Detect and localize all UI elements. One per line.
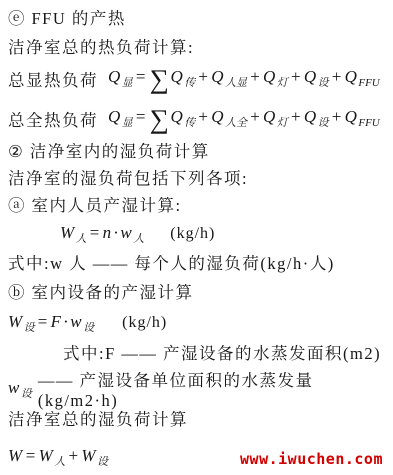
term-subscript: 设 [318, 77, 329, 89]
formula-lhs: W [8, 312, 23, 331]
equals-operator: = [89, 223, 101, 242]
total-moisture-formula-row: W=W人+W设 www.iwuchen.com [8, 436, 387, 468]
equals-operator: = [135, 107, 147, 126]
term-subscript: FFU [358, 77, 379, 89]
total-moisture-formula: W=W人+W设 [8, 446, 108, 468]
term-subscript: 设 [83, 322, 94, 334]
term-subscript: 设 [21, 388, 32, 400]
formula-term: Q [304, 107, 317, 126]
plus-operator: + [290, 67, 302, 86]
watermark: www.iwuchen.com [240, 450, 383, 468]
item-marker-e: ⓔ [8, 9, 25, 28]
heat-total-title: 洁净室总的热负荷计算: [8, 37, 387, 59]
term-subscript: 传 [184, 77, 195, 89]
term-subscript: 灯 [277, 117, 288, 129]
plus-operator: + [197, 107, 209, 126]
item-marker-a: ⓐ [8, 196, 25, 215]
unit-kg-h: (kg/h) [122, 314, 167, 332]
moisture-includes-line: 洁净室的湿负荷包括下列各项: [8, 168, 387, 190]
equipment-w-note-text: —— 产湿设备单位面积的水蒸发量(kg/m2·h) [38, 367, 387, 411]
item-marker-b: ⓑ [8, 283, 25, 302]
heat-ffu-item: ⓔFFU 的产热 [8, 8, 387, 30]
term-subscript: 显 [122, 77, 133, 89]
term-subscript: 人 [54, 456, 65, 468]
formula-term: Q [211, 67, 224, 86]
sigma-symbol: ∑ [150, 104, 170, 134]
formula-lhs: Q [108, 107, 121, 126]
term-subscript: 灯 [277, 77, 288, 89]
equipment-moisture-formula: W设=F·w设 [8, 312, 94, 334]
term-subscript: 设 [24, 322, 35, 334]
formula-term: Q [304, 67, 317, 86]
unit-kg-h: (kg/h) [170, 225, 215, 243]
sensible-heat-formula: Q显=∑Q传+Q人显+Q灯+Q设+QFFU [108, 66, 380, 93]
dot-operator: · [64, 312, 69, 331]
plus-operator: + [331, 107, 343, 126]
plus-operator: + [331, 67, 343, 86]
formula-term: Q [263, 67, 276, 86]
formula-term: W [81, 446, 96, 465]
total-heat-label: 总全热负荷 [8, 107, 98, 131]
term-subscript: 显 [122, 117, 133, 129]
formula-lhs: W [8, 446, 23, 465]
plus-operator: + [67, 446, 79, 465]
formula-term: Q [171, 107, 184, 126]
total-heat-row: 总全热负荷 Q显=∑Q传+Q人全+Q灯+Q设+QFFU [8, 99, 387, 139]
formula-term: Q [345, 67, 358, 86]
plus-operator: + [197, 67, 209, 86]
people-moisture-heading: ⓐ室内人员产湿计算: [8, 195, 387, 217]
item-marker-2: ② [8, 142, 23, 161]
formula-term: w [8, 378, 20, 397]
equipment-w-note: w设 —— 产湿设备单位面积的水蒸发量(kg/m2·h) [8, 376, 387, 402]
equipment-moisture-formula-row: W设=F·w设 (kg/h) [8, 308, 387, 338]
heat-ffu-label: FFU 的产热 [32, 9, 126, 28]
sensible-heat-row: 总显热负荷 Q显=∑Q传+Q人显+Q灯+Q设+QFFU [8, 59, 387, 99]
moisture-total-title: 洁净室总的湿负荷计算 [8, 409, 387, 431]
term-subscript: FFU [358, 117, 379, 129]
formula-term: F [51, 312, 62, 331]
term-subscript: 人 [76, 233, 87, 245]
dot-operator: · [114, 223, 119, 242]
equipment-moisture-heading: ⓑ室内设备的产湿计算 [8, 282, 387, 304]
formula-term: Q [263, 107, 276, 126]
equals-operator: = [37, 312, 49, 331]
formula-lhs: W [60, 223, 75, 242]
equals-operator: = [135, 67, 147, 86]
equipment-area-note: 式中:F —— 产湿设备的水蒸发面积(m2) [63, 343, 387, 365]
people-moisture-title: 室内人员产湿计算: [32, 196, 182, 215]
equipment-moisture-title: 室内设备的产湿计算 [32, 283, 194, 302]
term-subscript: 设 [97, 456, 108, 468]
sensible-heat-label: 总显热负荷 [8, 67, 98, 91]
moisture-section-heading: ②洁净室内的湿负荷计算 [8, 141, 387, 163]
term-subscript: 人显 [225, 77, 247, 89]
term-subscript: 人全 [225, 117, 247, 129]
formula-lhs: Q [108, 67, 121, 86]
sigma-symbol: ∑ [150, 64, 170, 94]
formula-term: w [120, 223, 132, 242]
formula-term: n [103, 223, 112, 242]
formula-term: Q [171, 67, 184, 86]
plus-operator: + [290, 107, 302, 126]
people-moisture-formula: W人=n·w人 [60, 223, 144, 245]
document-page: ⓔFFU 的产热 洁净室总的热负荷计算: 总显热负荷 Q显=∑Q传+Q人显+Q灯… [0, 0, 393, 468]
plus-operator: + [249, 107, 261, 126]
formula-term: w [70, 312, 82, 331]
equals-operator: = [25, 446, 37, 465]
people-moisture-formula-row: W人=n·w人 (kg/h) [60, 219, 387, 249]
term-subscript: 设 [318, 117, 329, 129]
formula-term: Q [345, 107, 358, 126]
formula-term: W [39, 446, 54, 465]
people-moisture-note: 式中:w 人 —— 每个人的湿负荷(kg/h·人) [8, 253, 387, 275]
term-subscript: 传 [184, 117, 195, 129]
formula-term: Q [211, 107, 224, 126]
w-she-variable: w设 [8, 378, 32, 400]
total-heat-formula: Q显=∑Q传+Q人全+Q灯+Q设+QFFU [108, 106, 380, 133]
term-subscript: 人 [133, 233, 144, 245]
moisture-section-title: 洁净室内的湿负荷计算 [30, 142, 210, 161]
plus-operator: + [249, 67, 261, 86]
